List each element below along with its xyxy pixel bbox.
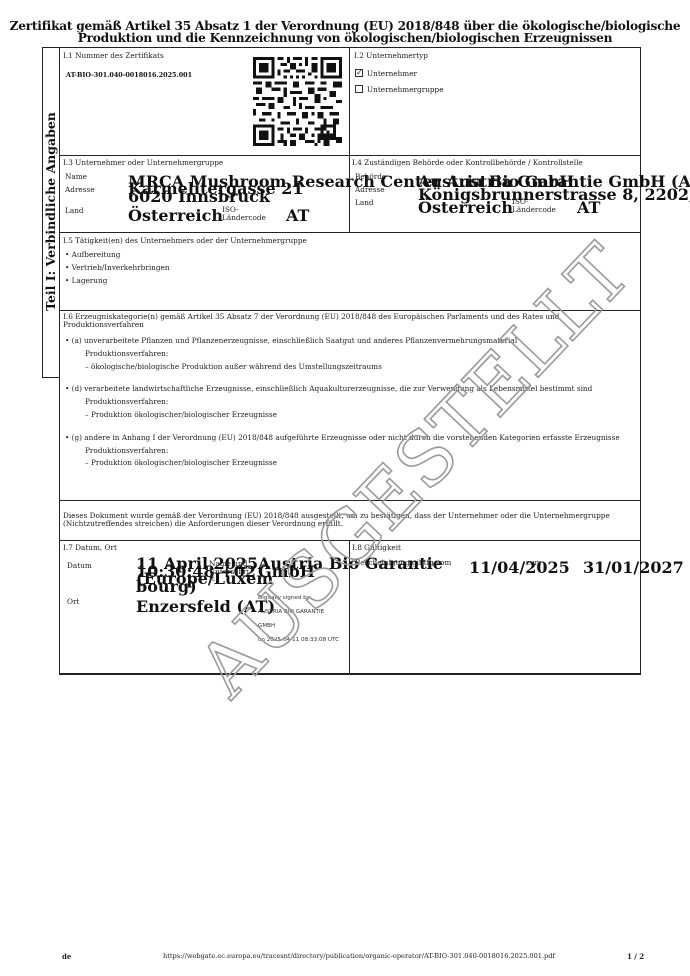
i6-label: I.6 Erzeugniskategorie(n) gemäß Artikel …: [63, 313, 559, 328]
conformity-statement: Dieses Dokument wurde gemäß der Verordnu…: [63, 512, 610, 527]
category-title: • (a) unverarbeitete Pflanzen und Pflanz…: [65, 336, 517, 345]
row-divider: [60, 310, 640, 311]
i3-iso-label: ISO- Ländercode: [222, 206, 266, 221]
title-line-2: Produktion und die Kennzeichnung von öko…: [0, 32, 690, 44]
checkbox-unternehmergruppe[interactable]: [355, 85, 363, 93]
i3-name-label: Name: [65, 172, 87, 181]
i3-iso: AT: [286, 206, 309, 225]
i3-address: Karmelitergasse 21 6020 Innsbruck: [128, 185, 304, 200]
i5-label: I.5 Tätigkeit(en) des Unternehmers oder …: [63, 236, 307, 245]
i4-country: Österreich: [418, 198, 513, 217]
i4-iso: AT: [577, 198, 600, 217]
i4-iso-label: ISO- Ländercode: [512, 198, 556, 213]
i3-address-label: Adresse: [65, 185, 95, 194]
column-divider: [349, 48, 350, 233]
i8-to-label: zum: [526, 558, 541, 567]
digital-signature: Digitally signed by: AUSTRIA BIO GARANTI…: [258, 591, 339, 647]
qr-code-icon: [253, 57, 342, 146]
i7-place-label: Ort: [67, 597, 79, 606]
row-divider: [60, 232, 640, 233]
footer-language: de: [62, 952, 71, 961]
activity-item: • Vertrieb/Inverkehrbringen: [65, 263, 170, 272]
i3-country: Österreich: [128, 206, 223, 225]
i8-valid-label: Bescheinigung gültig vom: [355, 558, 451, 567]
activity-item: • Aufbereitung: [65, 250, 120, 259]
i7-sign-label: Name und Unterschri ft: [209, 560, 249, 583]
i8-label: I.8 Gültigkeit: [352, 543, 401, 552]
i4-label: I.4 Zuständigen Behörde oder Kontrollbeh…: [352, 158, 583, 167]
category-method-label: Produktionsverfahren:: [85, 349, 168, 358]
i1-label: I.1 Nummer des Zertifikats: [63, 51, 164, 60]
i2-label: I.2 Unternehmertyp: [354, 51, 428, 60]
footer-page-number: 1 / 2: [627, 952, 644, 961]
i7-date-label: Datum: [67, 561, 92, 570]
category-method: – Produktion ökologischer/biologischer E…: [85, 458, 277, 467]
category-method: – Produktion ökologischer/biologischer E…: [85, 410, 277, 419]
category-method-label: Produktionsverfahren:: [85, 397, 168, 406]
option-unternehmergruppe-label: Unternehmergruppe: [367, 85, 444, 94]
option-unternehmer-label: Unternehmer: [367, 69, 417, 78]
i7-label: I.7 Datum, Ort: [63, 543, 117, 552]
footer-url[interactable]: https://webgate.ec.europa.eu/tracesnt/di…: [163, 952, 555, 960]
i7-place: Enzersfeld (AT): [136, 597, 275, 616]
row-divider: [60, 500, 640, 501]
category-method-label: Produktionsverfahren:: [85, 446, 168, 455]
valid-to: 31/01/2027: [583, 558, 684, 577]
i3-label: I.3 Unternehmer oder Unternehmergruppe: [63, 158, 223, 167]
certificate-number: AT-BIO-301.040-0018016.2025.001: [66, 71, 192, 79]
i4-address-label: Adresse: [355, 185, 385, 194]
i4-authority-label: Behörde: [355, 172, 386, 181]
row-divider: [60, 540, 640, 541]
activity-item: • Lagerung: [65, 276, 107, 285]
valid-from: 11/04/2025: [469, 558, 570, 577]
side-label: Teil I: Verbindliche Angaben: [41, 46, 61, 377]
category-title: • (d) verarbeitete landwirtschaftliche E…: [65, 384, 592, 393]
i4-country-label: Land: [355, 198, 374, 207]
i7-date: 11 April 2025 10:30:48 +02 (Europe/Luxem…: [136, 560, 273, 590]
category-title: • (g) andere in Anhang I der Verordnung …: [65, 433, 620, 442]
certificate-title: Zertifikat gemäß Artikel 35 Absatz 1 der…: [0, 20, 690, 44]
row-divider: [60, 155, 640, 156]
checkbox-unternehmer[interactable]: ✓: [355, 69, 363, 77]
i3-country-label: Land: [65, 206, 84, 215]
category-method: – ökologische/biologische Produktion auß…: [85, 362, 382, 371]
